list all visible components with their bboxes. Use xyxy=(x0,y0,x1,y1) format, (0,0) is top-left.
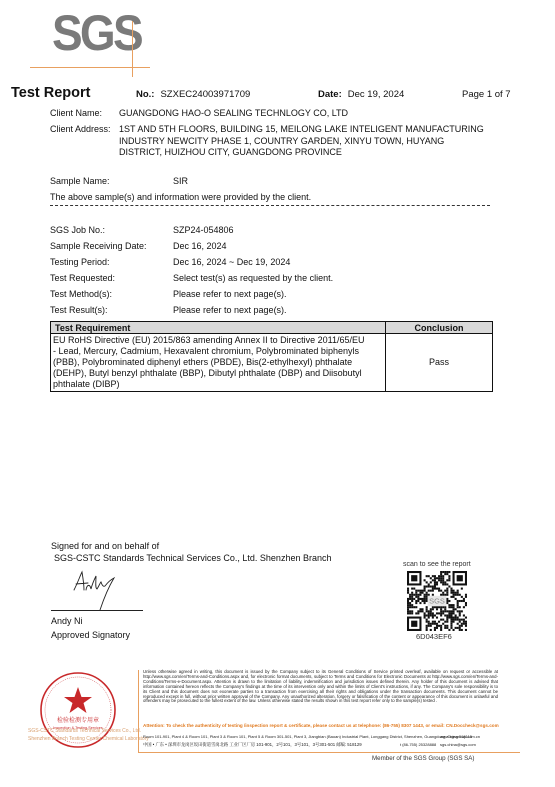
footer-website[interactable]: www.sgsgroup.com.cn xyxy=(440,734,480,739)
report-number-value: SZXEC24003971709 xyxy=(160,89,250,100)
test-requirement-table: Test Requirement Conclusion EU RoHS Dire… xyxy=(50,321,493,392)
stamp-caption: SGS-CSTC Standards Technical Services Co… xyxy=(28,727,149,743)
handwritten-signature xyxy=(70,568,130,612)
signed-for-block: Signed for and on behalf of SGS-CSTC Sta… xyxy=(51,541,331,564)
signature-line xyxy=(51,610,143,611)
info-value-test-requested: Select test(s) as requested by the clien… xyxy=(173,273,333,283)
column-header-requirement: Test Requirement xyxy=(51,322,386,334)
conclusion-cell: Pass xyxy=(386,334,493,392)
requirement-line: (PBB), Polybrominated diphenyl ethers (P… xyxy=(53,357,383,368)
footer-divider-horizontal xyxy=(138,752,520,753)
client-address-label: Client Address: xyxy=(50,124,111,134)
client-name-label: Client Name: xyxy=(50,108,102,118)
qr-verification-code: 6D043EF6 xyxy=(416,632,452,641)
report-date-value: Dec 19, 2024 xyxy=(348,89,405,100)
client-name-value: GUANGDONG HAO-O SEALING TECHNLOGY CO, LT… xyxy=(119,108,348,118)
legal-disclaimer: Unless otherwise agreed in writing, this… xyxy=(143,670,498,704)
signer-name: Andy Ni xyxy=(51,616,83,626)
requirement-line: (DEHP), Butyl benzyl phthalate (BBP), Di… xyxy=(53,368,383,379)
sample-name-label: Sample Name: xyxy=(50,176,110,186)
report-date: Date:Dec 19, 2024 xyxy=(318,89,404,100)
report-number-label: No.: xyxy=(136,89,154,100)
signer-role: Approved Signatory xyxy=(51,630,130,640)
authenticity-notice: Attention: To check the authenticity of … xyxy=(143,723,503,728)
report-date-label: Date: xyxy=(318,89,342,100)
column-header-conclusion: Conclusion xyxy=(386,322,493,334)
sample-name-value: SIR xyxy=(173,176,188,186)
stamp-caption-line: SGS-CSTC Standards Technical Services Co… xyxy=(28,727,149,735)
requirement-line: EU RoHS Directive (EU) 2015/863 amending… xyxy=(53,335,383,346)
footer-email[interactable]: sgs.china@sgs.com xyxy=(440,742,476,747)
logo-guide-line-vertical xyxy=(132,21,133,77)
info-label-test-results: Test Result(s): xyxy=(50,305,108,315)
table-header-row: Test Requirement Conclusion xyxy=(51,322,493,334)
requirement-cell: EU RoHS Directive (EU) 2015/863 amending… xyxy=(51,334,386,392)
info-value-testing-period: Dec 16, 2024 ~ Dec 19, 2024 xyxy=(173,257,290,267)
sgs-logo-text: SGS xyxy=(52,4,141,62)
info-label-test-requested: Test Requested: xyxy=(50,273,115,283)
requirement-line: phthalate (DIBP) xyxy=(53,379,383,390)
client-address-value: 1ST AND 5TH FLOORS, BUILDING 15, MEILONG… xyxy=(119,124,519,159)
sgs-logo: SGS xyxy=(52,10,142,60)
client-address-line: DISTRICT, HUIZHOU CITY, GUANGDONG PROVIN… xyxy=(119,147,519,159)
qr-caption: scan to see the report xyxy=(403,561,471,568)
qr-code-icon[interactable]: SGS xyxy=(407,571,467,631)
svg-text:SGS: SGS xyxy=(429,596,445,605)
page-indicator: Page 1 of 7 xyxy=(462,89,511,100)
provided-note: The above sample(s) and information were… xyxy=(50,192,311,202)
requirement-line: - Lead, Mercury, Cadmium, Hexavalent chr… xyxy=(53,346,383,357)
footer-address-cn: 中国 • 广东 • 深圳市龙岗区坂田街道雪岗北路 工业厂区厂房 101-901，… xyxy=(143,742,362,748)
client-address-line: INDUSTRY NEWCITY PHASE 1, COUNTRY GARDEN… xyxy=(119,136,519,148)
info-label-test-methods: Test Method(s): xyxy=(50,289,112,299)
report-number: No.:SZXEC24003971709 xyxy=(136,89,250,100)
footer-telephone: t (86-755) 25328888 xyxy=(400,742,436,747)
info-value-receiving-date: Dec 16, 2024 xyxy=(173,241,227,251)
table-row: EU RoHS Directive (EU) 2015/863 amending… xyxy=(51,334,493,392)
separator-dashed-line xyxy=(50,205,490,206)
footer-divider-vertical xyxy=(138,670,139,752)
client-address-line: 1ST AND 5TH FLOORS, BUILDING 15, MEILONG… xyxy=(119,124,519,136)
signed-for-text: Signed for and on behalf of xyxy=(51,541,331,553)
info-value-job-no: SZP24-054806 xyxy=(173,225,234,235)
info-label-job-no: SGS Job No.: xyxy=(50,225,105,235)
info-value-test-methods: Please refer to next page(s). xyxy=(173,289,287,299)
signing-company: SGS-CSTC Standards Technical Services Co… xyxy=(51,553,331,565)
footer-address-en: Room 101-901, Plant 4 & Room 101, Plant … xyxy=(143,734,472,739)
svg-text:检验检测专用章: 检验检测专用章 xyxy=(57,716,99,724)
info-value-test-results: Please refer to next page(s). xyxy=(173,305,287,315)
info-label-receiving-date: Sample Receiving Date: xyxy=(50,241,147,251)
info-label-testing-period: Testing Period: xyxy=(50,257,110,267)
report-title: Test Report xyxy=(11,85,91,101)
sgs-group-membership: Member of the SGS Group (SGS SA) xyxy=(372,755,474,762)
stamp-caption-line: Shenzhen Branch Testing Center Chemical … xyxy=(28,735,149,743)
